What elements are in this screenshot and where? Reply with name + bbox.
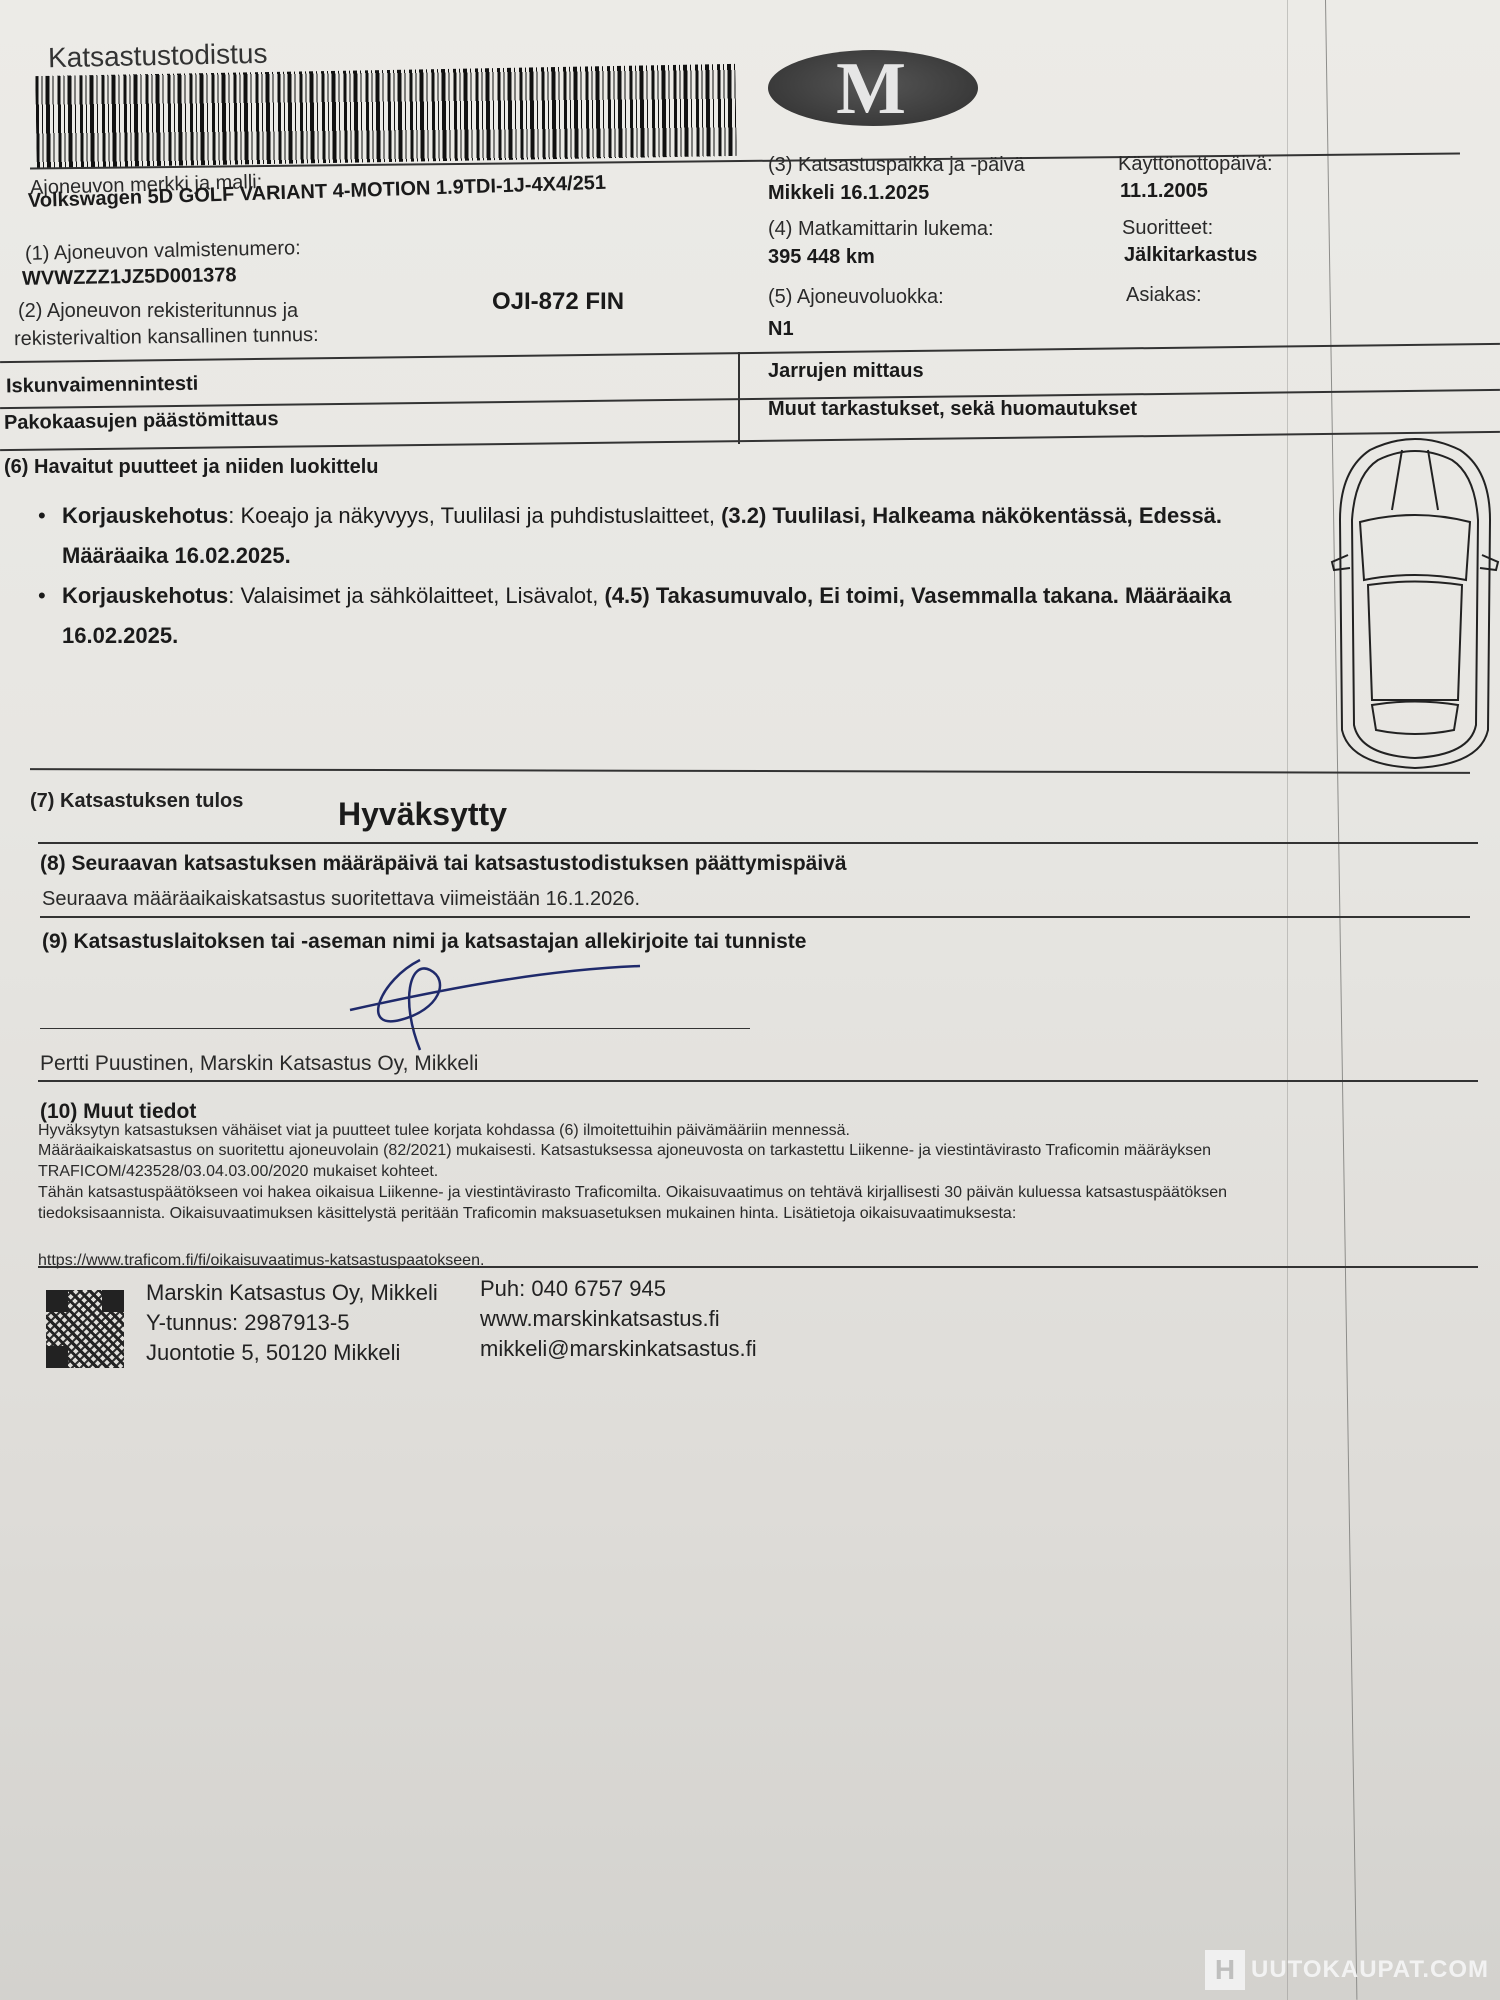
company-website[interactable]: www.marskinkatsastus.fi	[480, 1304, 720, 1334]
signature-line	[40, 1028, 750, 1029]
odometer-value: 395 448 km	[768, 246, 875, 269]
brake-measurement: Jarrujen mittaus	[768, 360, 924, 383]
defect-type: Korjauskehotus	[62, 503, 228, 528]
place-date-value: Mikkeli 16.1.2025	[768, 182, 929, 205]
vehicle-class-value: N1	[768, 318, 794, 341]
divider	[0, 431, 1500, 451]
cube-logo-icon: H	[1205, 1950, 1245, 1990]
place-date-label: (3) Katsastuspaikka ja -päivä	[768, 154, 1025, 177]
company-name: Marskin Katsastus Oy, Mikkeli	[146, 1278, 438, 1308]
other-info-line: tiedoksisaannista. Oikaisuvaatimuksen kä…	[38, 1203, 1016, 1224]
result-label: (7) Katsastuksen tulos	[30, 790, 243, 813]
company-address: Juontotie 5, 50120 Mikkeli	[146, 1338, 400, 1368]
paper-fold-line	[1325, 0, 1357, 2000]
defects-list: Korjauskehotus: Koeajo ja näkyvyys, Tuul…	[60, 496, 1290, 656]
first-use-value: 11.1.2005	[1120, 180, 1208, 203]
registration-label-line2: rekisterivaltion kansallinen tunnus:	[14, 324, 319, 351]
defect-description: : Koeajo ja näkyvyys, Tuulilasi ja puhdi…	[228, 503, 721, 528]
vehicle-class-label: (5) Ajoneuvoluokka:	[768, 286, 944, 309]
other-info-line: Tähän katsastuspäätökseen voi hakea oika…	[38, 1182, 1227, 1203]
inspection-certificate: Katsastustodistus M Ajoneuvon merkki ja …	[0, 0, 1500, 2000]
qr-code-icon	[46, 1290, 124, 1368]
services-value: Jälkitarkastus	[1124, 244, 1257, 267]
vin-label: (1) Ajoneuvon valmistenumero:	[25, 237, 301, 266]
divider	[38, 842, 1478, 844]
other-info-line: Hyväksytyn katsastuksen vähäiset viat ja…	[38, 1120, 850, 1141]
defect-description: : Valaisimet ja sähkölaitteet, Lisävalot…	[228, 583, 604, 608]
other-info-line: Määräaikaiskatsastus on suoritettu ajone…	[38, 1140, 1211, 1161]
divider	[0, 389, 1500, 409]
signature	[340, 940, 660, 1070]
company-business-id: Y-tunnus: 2987913-5	[146, 1308, 349, 1338]
paper-fold	[1287, 0, 1288, 2000]
divider	[38, 1266, 1478, 1268]
odometer-label: (4) Matkamittarin lukema:	[768, 218, 994, 241]
next-inspection-title: (8) Seuraavan katsastuksen määräpäivä ta…	[40, 852, 847, 876]
vin-value: WVWZZZ1JZ5D001378	[22, 264, 237, 291]
other-inspections: Muut tarkastukset, sekä huomautukset	[768, 398, 1137, 421]
defect-type: Korjauskehotus	[62, 583, 228, 608]
divider	[30, 768, 1470, 774]
watermark: H UUTOKAUPAT.COM	[1205, 1950, 1489, 1990]
services-label: Suoritteet:	[1122, 217, 1213, 240]
barcode	[35, 64, 736, 168]
divider	[40, 916, 1470, 918]
company-phone: Puh: 040 6757 945	[480, 1274, 666, 1304]
defects-title: (6) Havaitut puutteet ja niiden luokitte…	[4, 456, 378, 479]
inspector-name: Pertti Puustinen, Marskin Katsastus Oy, …	[40, 1052, 478, 1076]
first-use-label: Käyttönottopäivä:	[1118, 153, 1273, 176]
other-info-line: TRAFICOM/423528/03.04.03.00/2020 mukaise…	[38, 1161, 438, 1182]
company-email[interactable]: mikkeli@marskinkatsastus.fi	[480, 1334, 757, 1364]
defect-item: Korjauskehotus: Valaisimet ja sähkölaitt…	[60, 576, 1290, 656]
divider	[38, 1080, 1478, 1082]
result-value: Hyväksytty	[338, 796, 507, 833]
m-logo-icon: M	[768, 50, 978, 126]
registration-value: OJI-872 FIN	[492, 288, 624, 316]
next-inspection-text: Seuraava määräaikaiskatsastus suoritetta…	[42, 888, 640, 911]
car-top-view-icon	[1330, 430, 1500, 770]
watermark-text: UUTOKAUPAT.COM	[1251, 1956, 1489, 1984]
shock-absorber-test: Iskunvaimennintesti	[6, 373, 199, 399]
registration-label-line1: (2) Ajoneuvon rekisteritunnus ja	[18, 300, 298, 323]
emissions-test: Pakokaasujen päästömittaus	[4, 408, 279, 435]
defect-item: Korjauskehotus: Koeajo ja näkyvyys, Tuul…	[60, 496, 1290, 576]
customer-label: Asiakas:	[1126, 284, 1202, 307]
document-title: Katsastustodistus	[48, 38, 268, 75]
